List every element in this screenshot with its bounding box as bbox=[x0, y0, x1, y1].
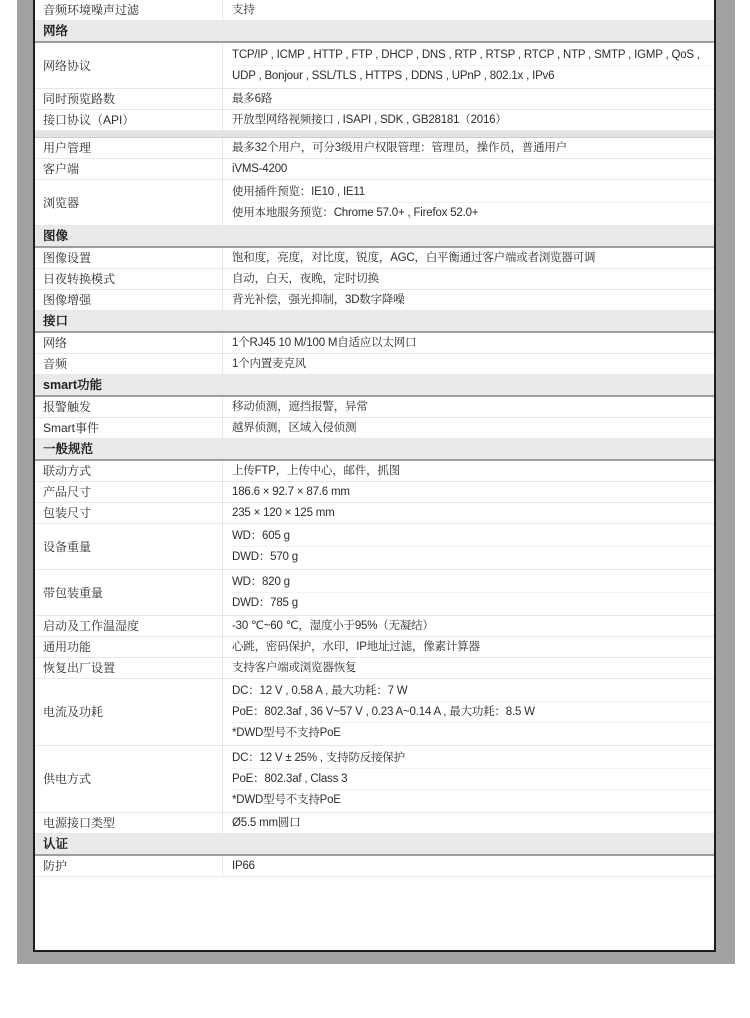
spec-value-line: IP66 bbox=[232, 856, 714, 876]
spec-value-line: PoE：802.3af , Class 3 bbox=[232, 768, 714, 789]
spec-row: 报警触发移动侦测，遮挡报警，异常 bbox=[35, 397, 714, 418]
spec-label: 音频 bbox=[35, 354, 223, 374]
spec-value: DC：12 V ± 25% , 支持防反接保护PoE：802.3af , Cla… bbox=[223, 746, 714, 812]
spec-row: 恢复出厂设置支持客户端或浏览器恢复 bbox=[35, 658, 714, 679]
spec-row: 网络协议TCP/IP , ICMP , HTTP , FTP , DHCP , … bbox=[35, 43, 714, 89]
photo-background: 音频环境噪声过滤支持网络网络协议TCP/IP , ICMP , HTTP , F… bbox=[17, 0, 735, 964]
spec-value-line: 支持客户端或浏览器恢复 bbox=[232, 658, 714, 678]
spec-value-line: 上传FTP，上传中心，邮件，抓图 bbox=[232, 461, 714, 481]
spec-value-line: iVMS-4200 bbox=[232, 159, 714, 179]
spec-label: 接口协议（API） bbox=[35, 110, 223, 130]
spec-value-line: DC：12 V ± 25% , 支持防反接保护 bbox=[232, 748, 714, 768]
spec-value: -30 ℃~60 ℃，湿度小于95%（无凝结） bbox=[223, 616, 714, 636]
section-header: 一般规范 bbox=[35, 439, 714, 461]
spec-row: 电流及功耗DC：12 V , 0.58 A , 最大功耗：7 WPoE：802.… bbox=[35, 679, 714, 746]
section-header: 接口 bbox=[35, 311, 714, 333]
section-divider bbox=[35, 131, 714, 138]
spec-value-line: 自动，白天，夜晚，定时切换 bbox=[232, 269, 714, 289]
spec-value: WD：820 gDWD：785 g bbox=[223, 570, 714, 615]
spec-value-line: 186.6 × 92.7 × 87.6 mm bbox=[232, 482, 714, 502]
spec-row: 带包装重量WD：820 gDWD：785 g bbox=[35, 570, 714, 616]
spec-row: 防护IP66 bbox=[35, 856, 714, 877]
spec-row: 图像增强背光补偿，强光抑制，3D数字降噪 bbox=[35, 290, 714, 311]
spec-label: 联动方式 bbox=[35, 461, 223, 481]
spec-value-line: WD：605 g bbox=[232, 526, 714, 546]
section-header: 认证 bbox=[35, 834, 714, 856]
spec-value-line: Ø5.5 mm圆口 bbox=[232, 813, 714, 833]
spec-value: 上传FTP，上传中心，邮件，抓图 bbox=[223, 461, 714, 481]
spec-value: 心跳，密码保护，水印，IP地址过滤，像素计算器 bbox=[223, 637, 714, 657]
spec-row: 设备重量WD：605 gDWD：570 g bbox=[35, 524, 714, 570]
spec-table-body: 音频环境噪声过滤支持网络网络协议TCP/IP , ICMP , HTTP , F… bbox=[35, 0, 714, 877]
spec-row: 用户管理最多32个用户，可分3级用户权限管理：管理员，操作员，普通用户 bbox=[35, 138, 714, 159]
spec-row: 同时预览路数最多6路 bbox=[35, 89, 714, 110]
spec-value-line: 使用插件预览：IE10 , IE11 bbox=[232, 182, 714, 202]
spec-value-line: 心跳，密码保护，水印，IP地址过滤，像素计算器 bbox=[232, 637, 714, 657]
spec-value-line: DWD：785 g bbox=[232, 592, 714, 613]
spec-label: 网络 bbox=[35, 333, 223, 353]
spec-row: 客户端iVMS-4200 bbox=[35, 159, 714, 180]
spec-label: 报警触发 bbox=[35, 397, 223, 417]
spec-value: 最多32个用户，可分3级用户权限管理：管理员，操作员，普通用户 bbox=[223, 138, 714, 158]
spec-label: 供电方式 bbox=[35, 746, 223, 812]
spec-row: Smart事件越界侦测，区域入侵侦测 bbox=[35, 418, 714, 439]
spec-value-line: 背光补偿，强光抑制，3D数字降噪 bbox=[232, 290, 714, 310]
spec-value: IP66 bbox=[223, 856, 714, 876]
spec-label: 恢复出厂设置 bbox=[35, 658, 223, 678]
spec-row: 供电方式DC：12 V ± 25% , 支持防反接保护PoE：802.3af ,… bbox=[35, 746, 714, 813]
spec-label: 启动及工作温湿度 bbox=[35, 616, 223, 636]
spec-value: 移动侦测，遮挡报警，异常 bbox=[223, 397, 714, 417]
spec-row: 接口协议（API）开放型网络视频接口 , ISAPI , SDK , GB281… bbox=[35, 110, 714, 131]
spec-row: 包装尺寸235 × 120 × 125 mm bbox=[35, 503, 714, 524]
spec-row: 日夜转换模式自动，白天，夜晚，定时切换 bbox=[35, 269, 714, 290]
section-header: smart功能 bbox=[35, 375, 714, 397]
spec-value: 开放型网络视频接口 , ISAPI , SDK , GB28181（2016） bbox=[223, 110, 714, 130]
spec-label: 浏览器 bbox=[35, 180, 223, 225]
spec-sheet: 音频环境噪声过滤支持网络网络协议TCP/IP , ICMP , HTTP , F… bbox=[33, 0, 716, 952]
section-header: 图像 bbox=[35, 226, 714, 248]
spec-value-line: UDP , Bonjour , SSL/TLS , HTTPS , DDNS ,… bbox=[232, 65, 714, 86]
spec-value: 支持 bbox=[223, 0, 714, 20]
spec-label: 产品尺寸 bbox=[35, 482, 223, 502]
spec-label: 防护 bbox=[35, 856, 223, 876]
spec-label: 图像增强 bbox=[35, 290, 223, 310]
spec-value: Ø5.5 mm圆口 bbox=[223, 813, 714, 833]
spec-value: 最多6路 bbox=[223, 89, 714, 109]
spec-value-line: 饱和度，亮度，对比度，锐度，AGC，白平衡通过客户端或者浏览器可调 bbox=[232, 248, 714, 268]
spec-value: 背光补偿，强光抑制，3D数字降噪 bbox=[223, 290, 714, 310]
spec-value-line: TCP/IP , ICMP , HTTP , FTP , DHCP , DNS … bbox=[232, 45, 714, 65]
spec-row: 启动及工作温湿度-30 ℃~60 ℃，湿度小于95%（无凝结） bbox=[35, 616, 714, 637]
spec-value: iVMS-4200 bbox=[223, 159, 714, 179]
spec-row: 联动方式上传FTP，上传中心，邮件，抓图 bbox=[35, 461, 714, 482]
spec-value: DC：12 V , 0.58 A , 最大功耗：7 WPoE：802.3af ,… bbox=[223, 679, 714, 745]
spec-value-line: *DWD型号不支持PoE bbox=[232, 789, 714, 810]
spec-value-line: PoE：802.3af , 36 V~57 V , 0.23 A~0.14 A … bbox=[232, 701, 714, 722]
spec-value-line: 开放型网络视频接口 , ISAPI , SDK , GB28181（2016） bbox=[232, 110, 714, 130]
spec-label: 设备重量 bbox=[35, 524, 223, 569]
spec-value: 1个RJ45 10 M/100 M自适应以太网口 bbox=[223, 333, 714, 353]
spec-label: 图像设置 bbox=[35, 248, 223, 268]
spec-value-line: 最多6路 bbox=[232, 89, 714, 109]
spec-value-line: 235 × 120 × 125 mm bbox=[232, 503, 714, 523]
spec-value-line: 最多32个用户，可分3级用户权限管理：管理员，操作员，普通用户 bbox=[232, 138, 714, 158]
spec-label: 电源接口类型 bbox=[35, 813, 223, 833]
spec-value-line: 移动侦测，遮挡报警，异常 bbox=[232, 397, 714, 417]
spec-value-line: DC：12 V , 0.58 A , 最大功耗：7 W bbox=[232, 681, 714, 701]
spec-value-line: DWD：570 g bbox=[232, 546, 714, 567]
spec-label: 用户管理 bbox=[35, 138, 223, 158]
spec-value: 自动，白天，夜晚，定时切换 bbox=[223, 269, 714, 289]
spec-label: Smart事件 bbox=[35, 418, 223, 438]
spec-label: 网络协议 bbox=[35, 43, 223, 88]
spec-value-line: -30 ℃~60 ℃，湿度小于95%（无凝结） bbox=[232, 616, 714, 636]
spec-value-line: 越界侦测，区域入侵侦测 bbox=[232, 418, 714, 438]
spec-value: 使用插件预览：IE10 , IE11使用本地服务预览：Chrome 57.0+ … bbox=[223, 180, 714, 225]
spec-value: WD：605 gDWD：570 g bbox=[223, 524, 714, 569]
spec-value: TCP/IP , ICMP , HTTP , FTP , DHCP , DNS … bbox=[223, 43, 714, 88]
spec-value-line: 使用本地服务预览：Chrome 57.0+ , Firefox 52.0+ bbox=[232, 202, 714, 223]
spec-row: 图像设置饱和度，亮度，对比度，锐度，AGC，白平衡通过客户端或者浏览器可调 bbox=[35, 248, 714, 269]
spec-row: 浏览器使用插件预览：IE10 , IE11使用本地服务预览：Chrome 57.… bbox=[35, 180, 714, 226]
spec-value: 饱和度，亮度，对比度，锐度，AGC，白平衡通过客户端或者浏览器可调 bbox=[223, 248, 714, 268]
spec-value: 越界侦测，区域入侵侦测 bbox=[223, 418, 714, 438]
spec-value: 1个内置麦克风 bbox=[223, 354, 714, 374]
spec-label: 电流及功耗 bbox=[35, 679, 223, 745]
spec-row: 电源接口类型Ø5.5 mm圆口 bbox=[35, 813, 714, 834]
spec-row: 网络1个RJ45 10 M/100 M自适应以太网口 bbox=[35, 333, 714, 354]
spec-value-line: WD：820 g bbox=[232, 572, 714, 592]
spec-value-line: 1个RJ45 10 M/100 M自适应以太网口 bbox=[232, 333, 714, 353]
spec-label: 通用功能 bbox=[35, 637, 223, 657]
spec-row: 音频环境噪声过滤支持 bbox=[35, 0, 714, 21]
spec-label: 包装尺寸 bbox=[35, 503, 223, 523]
spec-value: 235 × 120 × 125 mm bbox=[223, 503, 714, 523]
spec-label: 同时预览路数 bbox=[35, 89, 223, 109]
spec-row: 产品尺寸186.6 × 92.7 × 87.6 mm bbox=[35, 482, 714, 503]
spec-label: 客户端 bbox=[35, 159, 223, 179]
spec-label: 带包装重量 bbox=[35, 570, 223, 615]
spec-value-line: 1个内置麦克风 bbox=[232, 354, 714, 374]
section-header: 网络 bbox=[35, 21, 714, 43]
spec-row: 通用功能心跳，密码保护，水印，IP地址过滤，像素计算器 bbox=[35, 637, 714, 658]
spec-label: 日夜转换模式 bbox=[35, 269, 223, 289]
spec-label: 音频环境噪声过滤 bbox=[35, 0, 223, 20]
spec-value: 支持客户端或浏览器恢复 bbox=[223, 658, 714, 678]
spec-value-line: 支持 bbox=[232, 0, 714, 20]
spec-value: 186.6 × 92.7 × 87.6 mm bbox=[223, 482, 714, 502]
spec-row: 音频1个内置麦克风 bbox=[35, 354, 714, 375]
spec-value-line: *DWD型号不支持PoE bbox=[232, 722, 714, 743]
